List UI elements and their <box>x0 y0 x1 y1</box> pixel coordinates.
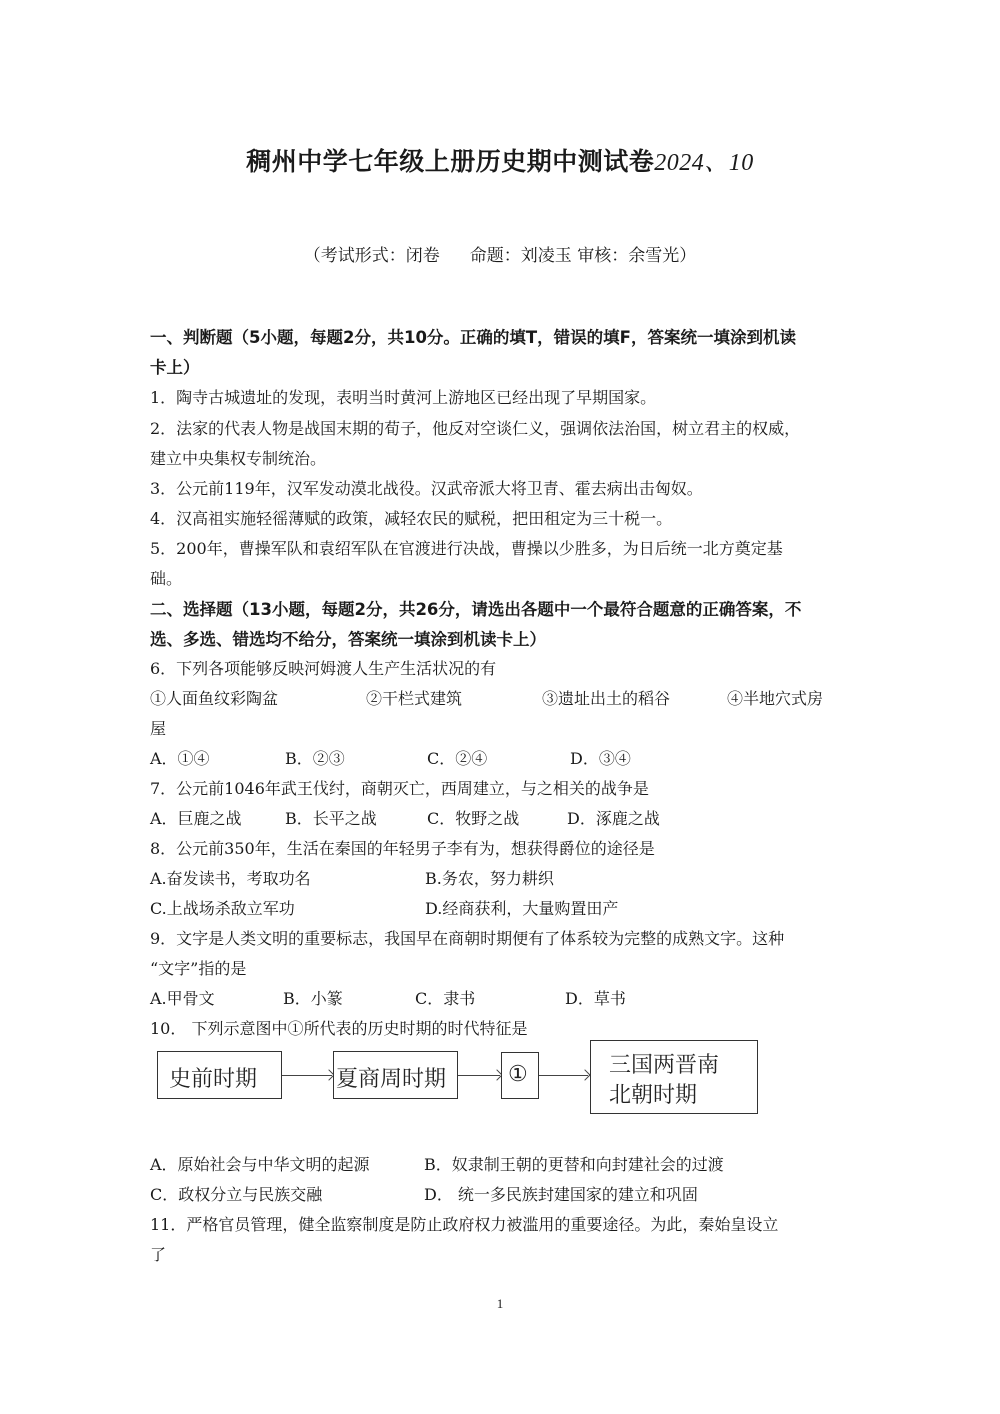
q9-option-d: D．草书 <box>565 986 626 1009</box>
question-10: 10． 下列示意图中①所代表的历史时期的时代特征是 <box>150 1016 527 1039</box>
q7-option-a: A．巨鹿之战 <box>150 806 242 829</box>
diagram-box-label: 史前时期 <box>169 1062 281 1093</box>
q6-item-1: ①人面鱼纹彩陶盆 <box>150 686 278 709</box>
q8-option-d: D.经商获利，大量购置田产 <box>425 896 618 919</box>
exam-title: 稠州中学七年级上册历史期中测试卷2024、10 <box>0 142 1000 178</box>
q10-option-c: C．政权分立与民族交融 <box>150 1182 322 1205</box>
exam-info: （考试形式：闭卷命题：刘凌玉 审核：余雪光） <box>0 241 1000 266</box>
diagram-box-three-kingdoms: 三国两晋南北朝时期 <box>590 1040 758 1114</box>
q8-option-a: A.奋发读书，考取功名 <box>150 866 311 889</box>
exam-form: （考试形式：闭卷 <box>304 246 440 266</box>
question-2-cont: 建立中央集权专制统治。 <box>150 446 326 469</box>
question-11: 11．严格官员管理，健全监察制度是防止政府权力被滥用的重要途径。为此，秦始皇设立 <box>150 1212 778 1235</box>
question-2: 2．法家的代表人物是战国末期的荀子，他反对空谈仁义，强调依法治国，树立君主的权威… <box>150 416 800 439</box>
arrow-right-icon <box>458 1075 500 1076</box>
q7-option-d: D．涿鹿之战 <box>567 806 660 829</box>
q9-option-a: A.甲骨文 <box>150 986 215 1009</box>
question-7: 7．公元前1046年武王伐纣，商朝灭亡，西周建立，与之相关的战争是 <box>150 776 649 799</box>
section2-heading: 二、选择题（13小题，每题2分，共26分，请选出各题中一个最符合题意的正确答案，… <box>150 596 801 620</box>
q9-option-c: C．隶书 <box>415 986 475 1009</box>
arrow-right-icon <box>282 1075 332 1076</box>
diagram-box-label: 三国两晋南 <box>609 1051 757 1081</box>
q7-option-b: B．长平之战 <box>285 806 377 829</box>
page-number: 1 <box>0 1296 1000 1312</box>
q8-option-c: C.上战场杀敌立军功 <box>150 896 295 919</box>
q6-option-c: C．②④ <box>427 746 487 769</box>
q6-item-4-cont: 屋 <box>150 716 166 739</box>
section2-heading-cont: 选、多选、错选均不给分，答案统一填涂到机读卡上） <box>150 626 546 650</box>
exam-authors: 命题：刘凌玉 审核：余雪光） <box>470 246 696 266</box>
q9-option-b: B．小篆 <box>283 986 343 1009</box>
section1-heading-cont: 卡上） <box>150 354 200 378</box>
q7-option-c: C．牧野之战 <box>427 806 519 829</box>
q10-option-b: B．奴隶制王朝的更替和向封建社会的过渡 <box>424 1152 724 1175</box>
title-date: 2024、10 <box>654 150 754 176</box>
question-5-cont: 础。 <box>150 566 182 589</box>
q8-option-b: B.务农，努力耕织 <box>425 866 554 889</box>
q10-option-a: A．原始社会与中华文明的起源 <box>150 1152 370 1175</box>
question-3: 3．公元前119年，汉军发动漠北战役。汉武帝派大将卫青、霍去病出击匈奴。 <box>150 476 703 499</box>
diagram-box-label: ① <box>508 1062 538 1087</box>
question-1: 1．陶寺古城遗址的发现，表明当时黄河上游地区已经出现了早期国家。 <box>150 385 656 408</box>
arrow-right-icon <box>539 1075 588 1076</box>
diagram-box-prehistoric: 史前时期 <box>157 1051 282 1099</box>
section1-heading: 一、判断题（5小题，每题2分，共10分。正确的填T，错误的填F，答案统一填涂到机… <box>150 324 796 348</box>
q6-item-2: ②干栏式建筑 <box>366 686 462 709</box>
q6-option-a: A．①④ <box>150 746 210 769</box>
q6-option-d: D．③④ <box>570 746 631 769</box>
question-9: 9．文字是人类文明的重要标志，我国早在商朝时期便有了体系较为完整的成熟文字。这种 <box>150 926 784 949</box>
diagram-box-circled-1: ① <box>501 1052 539 1099</box>
question-11-cont: 了 <box>150 1242 166 1265</box>
question-8: 8．公元前350年，生活在秦国的年轻男子李有为，想获得爵位的途径是 <box>150 836 655 859</box>
diagram-box-label: 北朝时期 <box>609 1081 757 1111</box>
q6-option-b: B．②③ <box>285 746 345 769</box>
q6-item-4: ④半地穴式房 <box>727 686 823 709</box>
q10-option-d: D． 统一多民族封建国家的建立和巩固 <box>424 1182 698 1205</box>
question-9-cont: “文字”指的是 <box>150 956 246 979</box>
question-6: 6．下列各项能够反映河姆渡人生产生活状况的有 <box>150 656 496 679</box>
q6-item-3: ③遗址出土的稻谷 <box>542 686 670 709</box>
diagram-box-label: 夏商周时期 <box>336 1062 457 1093</box>
question-4: 4．汉高祖实施轻徭薄赋的政策，减轻农民的赋税，把田租定为三十税一。 <box>150 506 672 529</box>
title-text: 稠州中学七年级上册历史期中测试卷 <box>246 147 654 176</box>
question-5: 5．200年，曹操军队和袁绍军队在官渡进行决战，曹操以少胜多，为日后统一北方奠定… <box>150 536 783 559</box>
diagram-box-xia-shang-zhou: 夏商周时期 <box>333 1051 458 1099</box>
